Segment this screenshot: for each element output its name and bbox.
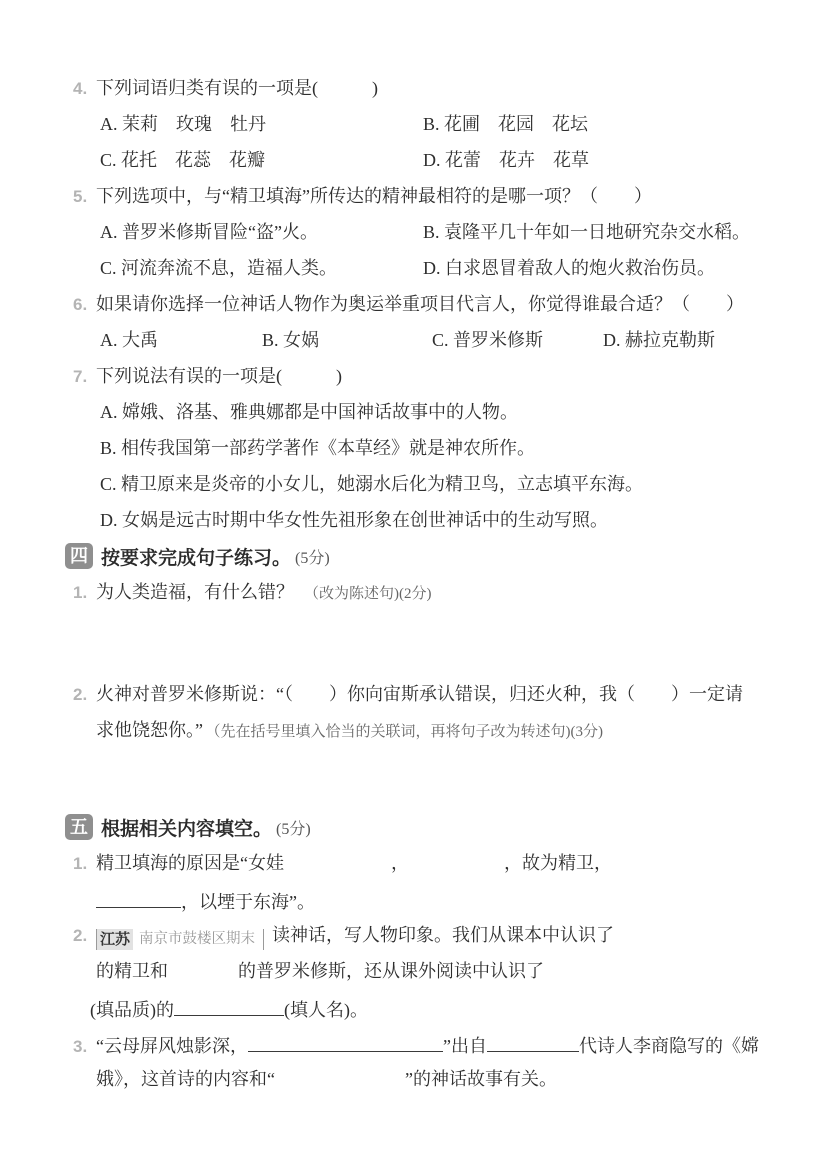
option-c: C. 河流奔流不息，造福人类。 bbox=[100, 250, 423, 286]
fill-blank bbox=[284, 859, 391, 869]
section-4-header: 四 按要求完成句子练习。 (5分) bbox=[73, 538, 787, 574]
question-4-options: A. 茉莉 玫瑰 牡丹 B. 花圃 花园 花坛 C. 花托 花蕊 花瓣 D. 花… bbox=[100, 106, 787, 178]
option-c: C. 普罗米修斯 bbox=[432, 322, 603, 358]
item-text-line2a: 的精卫和 bbox=[96, 961, 168, 981]
question-number: 6. bbox=[73, 287, 96, 323]
item-text: ， bbox=[391, 853, 409, 873]
option-d: D. 花蕾 花卉 花草 bbox=[423, 142, 787, 178]
section-score: (5分) bbox=[276, 816, 311, 839]
item-text: 为人类造福，有什么错？ bbox=[96, 582, 294, 602]
stem-text: 如果请你选择一位神话人物作为奥运举重项目代言人，你觉得谁最合适？（ ） bbox=[96, 294, 744, 314]
option-d: D. 赫拉克勒斯 bbox=[603, 322, 787, 358]
fill-blank-underline bbox=[487, 1025, 579, 1052]
question-7-stem: 7.下列说法有误的一项是( ) bbox=[73, 358, 787, 394]
section-5-item-1: 1.精卫填海的原因是“女娃，，故为精卫， ，以堙于东海”。 bbox=[73, 845, 787, 917]
option-a: A. 普罗米修斯冒险“盗”火。 bbox=[100, 214, 423, 250]
option-d: D. 女娲是远古时期中华女性先祖形象在创世神话中的生动写照。 bbox=[100, 502, 787, 538]
item-number: 2. bbox=[73, 918, 96, 954]
exam-source-tag: 江苏南京市鼓楼区期末 bbox=[96, 929, 264, 950]
option-b: B. 相传我国第一部药学著作《本草经》就是神农所作。 bbox=[100, 430, 787, 466]
item-text: ，故为精卫， bbox=[504, 853, 612, 873]
exam-name: 南京市鼓楼区期末 bbox=[139, 929, 255, 950]
question-number: 5. bbox=[73, 179, 96, 215]
option-b: B. 女娲 bbox=[262, 322, 432, 358]
option-c: C. 精卫原来是炎帝的小女儿，她溺水后化为精卫鸟，立志填平东海。 bbox=[100, 466, 787, 502]
question-number: 4. bbox=[73, 71, 96, 107]
item-hint: （改为陈述句)(2分) bbox=[304, 586, 432, 602]
fill-blank bbox=[168, 967, 238, 977]
fill-blank-underline bbox=[174, 989, 284, 1016]
question-number: 7. bbox=[73, 359, 96, 395]
section-title: 根据相关内容填空。 bbox=[101, 814, 272, 841]
option-d: D. 白求恩冒着敌人的炮火救治伤员。 bbox=[423, 250, 787, 286]
item-text: ，以堙于东海”。 bbox=[181, 892, 315, 912]
section-badge: 四 bbox=[65, 543, 93, 569]
fill-blank bbox=[275, 1075, 405, 1085]
question-6: 6.如果请你选择一位神话人物作为奥运举重项目代言人，你觉得谁最合适？（ ） A.… bbox=[73, 286, 787, 358]
answer-space bbox=[73, 748, 787, 809]
region-badge: 江苏 bbox=[97, 929, 133, 950]
answer-space bbox=[73, 610, 787, 676]
worksheet-page: 4.下列词语归类有误的一项是( ) A. 茉莉 玫瑰 牡丹 B. 花圃 花园 花… bbox=[0, 0, 827, 1169]
section-4-item-1: 1.为人类造福，有什么错？（改为陈述句)(2分) bbox=[73, 574, 787, 610]
fill-blank bbox=[409, 859, 504, 869]
item-hint: （先在括号里填入恰当的关联词，再将句子改为转述句)(3分) bbox=[213, 724, 603, 740]
item-text-line1: 火神对普罗米修斯说：“（ ）你向宙斯承认错误，归还火种，我（ ）一定请 bbox=[96, 684, 743, 704]
section-5: 五 根据相关内容填空。 (5分) 1.精卫填海的原因是“女娃，，故为精卫， ，以… bbox=[73, 809, 787, 1097]
section-4-item-2: 2.火神对普罗米修斯说：“（ ）你向宙斯承认错误，归还火种，我（ ）一定请 求他… bbox=[73, 676, 787, 748]
section-5-item-3: 3.“云母屏风烛影深，”出自代诗人李商隐写的《嫦 娥》，这首诗的内容和“”的神话… bbox=[73, 1025, 787, 1097]
option-b: B. 花圃 花园 花坛 bbox=[423, 106, 787, 142]
item-number: 3. bbox=[73, 1029, 96, 1065]
section-badge: 五 bbox=[65, 814, 93, 840]
stem-text: 下列词语归类有误的一项是( ) bbox=[96, 78, 378, 98]
item-number: 2. bbox=[73, 677, 96, 713]
item-text: ”出自 bbox=[443, 1036, 487, 1056]
item-text-line2b: 的普罗米修斯，还从课外阅读中认识了 bbox=[238, 961, 544, 981]
question-7: 7.下列说法有误的一项是( ) A. 嫦娥、洛基、雅典娜都是中国神话故事中的人物… bbox=[73, 358, 787, 538]
option-a: A. 茉莉 玫瑰 牡丹 bbox=[100, 106, 423, 142]
question-5: 5.下列选项中，与“精卫填海”所传达的精神最相符的是哪一项？（ ） A. 普罗米… bbox=[73, 178, 787, 286]
item-text-line1: 读神话，写人物印象。我们从课本中认识了 bbox=[272, 925, 614, 945]
item-text-line3a: (填品质)的 bbox=[90, 1000, 174, 1020]
option-b: B. 袁隆平几十年如一日地研究杂交水稻。 bbox=[423, 214, 787, 250]
section-4: 四 按要求完成句子练习。 (5分) 1.为人类造福，有什么错？（改为陈述句)(2… bbox=[73, 538, 787, 809]
question-4: 4.下列词语归类有误的一项是( ) A. 茉莉 玫瑰 牡丹 B. 花圃 花园 花… bbox=[73, 70, 787, 178]
item-text-line2: 求他饶恕你。” bbox=[96, 720, 203, 740]
section-title: 按要求完成句子练习。 bbox=[101, 543, 291, 570]
section-5-item-2: 2.江苏南京市鼓楼区期末读神话，写人物印象。我们从课本中认识了 的精卫和的普罗米… bbox=[73, 917, 787, 1025]
section-score: (5分) bbox=[295, 545, 330, 568]
item-number: 1. bbox=[73, 846, 96, 882]
question-6-stem: 6.如果请你选择一位神话人物作为奥运举重项目代言人，你觉得谁最合适？（ ） bbox=[73, 286, 787, 322]
section-5-header: 五 根据相关内容填空。 (5分) bbox=[73, 809, 787, 845]
question-5-options: A. 普罗米修斯冒险“盗”火。 B. 袁隆平几十年如一日地研究杂交水稻。 C. … bbox=[100, 214, 787, 286]
item-text-line2b: ”的神话故事有关。 bbox=[405, 1069, 557, 1089]
item-text: 精卫填海的原因是“女娃 bbox=[96, 853, 284, 873]
question-6-options: A. 大禹 B. 女娲 C. 普罗米修斯 D. 赫拉克勒斯 bbox=[100, 322, 787, 358]
item-text: “云母屏风烛影深， bbox=[96, 1036, 248, 1056]
item-text: 代诗人李商隐写的《嫦 bbox=[579, 1036, 759, 1056]
stem-text: 下列说法有误的一项是( ) bbox=[96, 366, 342, 386]
item-text-line2a: 娥》，这首诗的内容和“ bbox=[96, 1069, 275, 1089]
option-a: A. 嫦娥、洛基、雅典娜都是中国神话故事中的人物。 bbox=[100, 394, 787, 430]
question-5-stem: 5.下列选项中，与“精卫填海”所传达的精神最相符的是哪一项？（ ） bbox=[73, 178, 787, 214]
fill-blank-underline bbox=[96, 881, 181, 908]
item-text-line3b: (填人名)。 bbox=[284, 1000, 368, 1020]
fill-blank-underline bbox=[248, 1025, 443, 1052]
question-4-stem: 4.下列词语归类有误的一项是( ) bbox=[73, 70, 787, 106]
stem-text: 下列选项中，与“精卫填海”所传达的精神最相符的是哪一项？（ ） bbox=[96, 186, 652, 206]
option-c: C. 花托 花蕊 花瓣 bbox=[100, 142, 423, 178]
item-number: 1. bbox=[73, 575, 96, 611]
option-a: A. 大禹 bbox=[100, 322, 262, 358]
